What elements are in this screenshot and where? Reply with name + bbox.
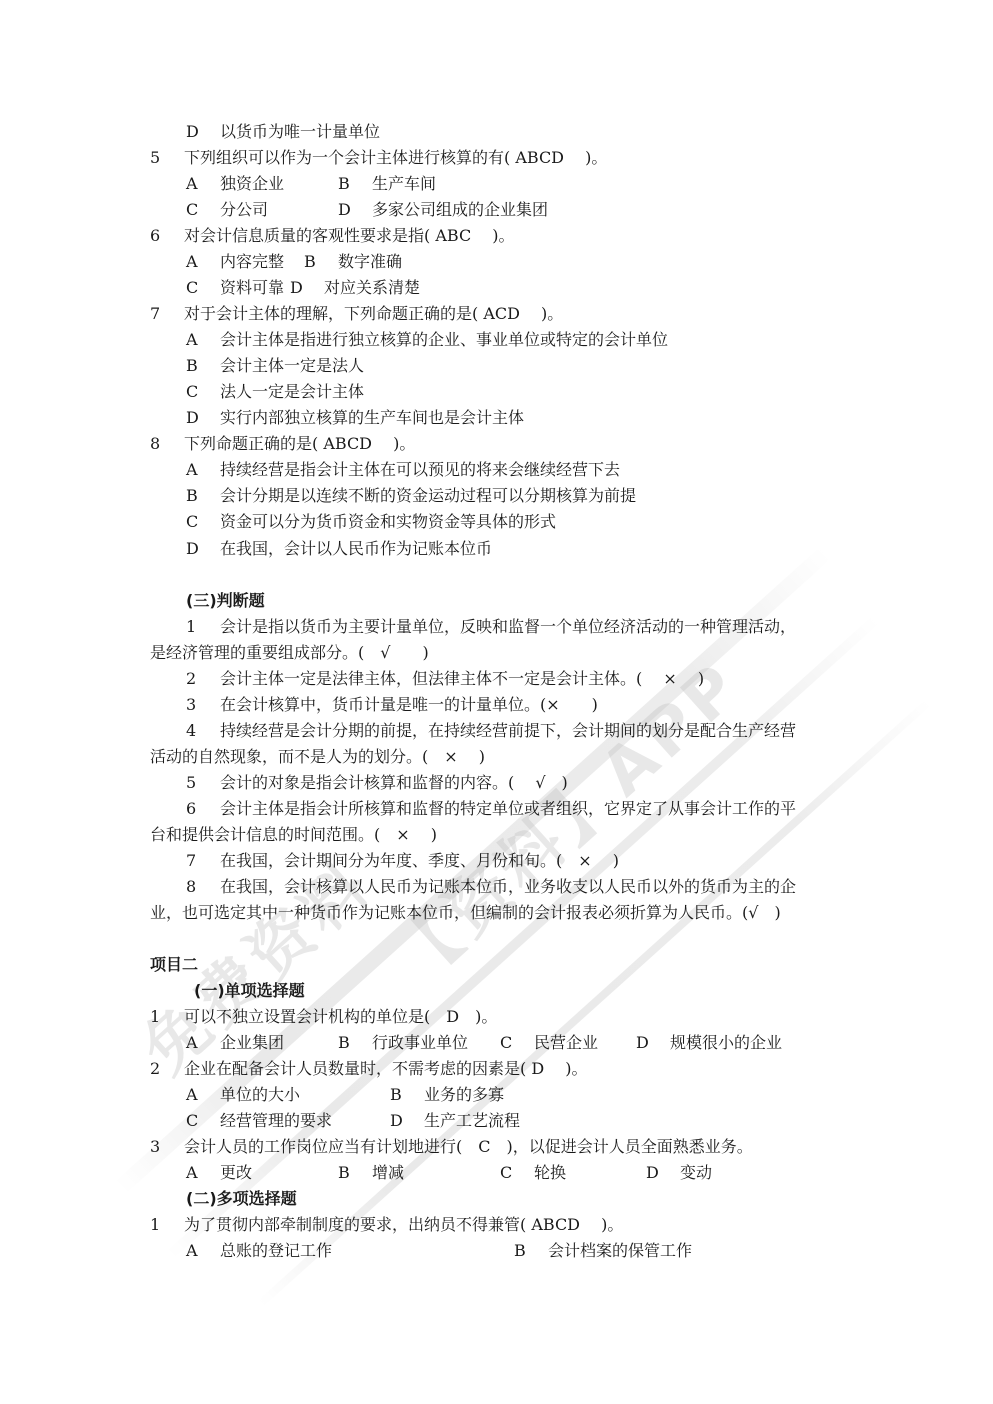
- option-text: 在我国，会计以人民币作为记账本位币: [220, 539, 492, 558]
- option-text: 增减: [372, 1163, 404, 1182]
- question-text: 下列组织可以作为一个会计主体进行核算的有( ABCD )。: [184, 148, 607, 167]
- option-text: 会计主体是指进行独立核算的企业、事业单位或特定的会计单位: [220, 330, 668, 349]
- option-letter: B: [186, 353, 220, 379]
- option-letter: C: [186, 197, 220, 223]
- item-number: 3: [186, 692, 220, 718]
- option-line: A会计主体是指进行独立核算的企业、事业单位或特定的会计单位: [186, 327, 668, 353]
- judgement-item-continuation: 活动的自然现象，而不是人为的划分。( × ): [150, 744, 485, 770]
- option-text: 资金可以分为货币资金和实物资金等具体的形式: [220, 512, 556, 531]
- options-row: C资料可靠 D对应关系清楚: [186, 275, 786, 301]
- option-text: 独资企业: [220, 174, 284, 193]
- option-letter: B: [186, 483, 220, 509]
- question-stem: 3会计人员的工作岗位应当有计划地进行( C )，以促进会计人员全面熟悉业务。: [150, 1134, 753, 1160]
- judgement-item: 6会计主体是指会计所核算和监督的特定单位或者组织，它界定了从事会计工作的平: [186, 796, 796, 822]
- question-stem: 5下列组织可以作为一个会计主体进行核算的有( ABCD )。: [150, 145, 607, 171]
- option-text: 经营管理的要求: [220, 1111, 332, 1130]
- judgement-item-continuation: 台和提供会计信息的时间范围。( × ): [150, 822, 437, 848]
- option-text: 业务的多寡: [424, 1085, 504, 1104]
- options-row: A更改 B增减 C轮换 D变动: [186, 1160, 826, 1186]
- option-line: C法人一定是会计主体: [186, 379, 364, 405]
- judgement-item: 1会计是指以货币为主要计量单位，反映和监督一个单位经济活动的一种管理活动，: [186, 614, 796, 640]
- judgement-item-continuation: 是经济管理的重要组成部分。( √ ): [150, 640, 429, 666]
- question-number: 6: [150, 223, 184, 249]
- option-text: 民营企业: [534, 1033, 598, 1052]
- option-letter: D: [186, 405, 220, 431]
- option-line: B会计主体一定是法人: [186, 353, 364, 379]
- question-number: 3: [150, 1134, 184, 1160]
- judgement-item: 2会计主体一定是法律主体，但法律主体不一定是会计主体。( × ): [186, 666, 704, 692]
- question-text: 对于会计主体的理解，下列命题正确的是( ACD )。: [184, 304, 563, 323]
- item-text: 在我国，会计期间分为年度、季度、月份和旬。( × ): [220, 851, 619, 870]
- item-text: 会计主体一定是法律主体，但法律主体不一定是会计主体。( × ): [220, 669, 704, 688]
- option-text: 单位的大小: [220, 1085, 300, 1104]
- judgement-item: 4持续经营是会计分期的前提，在持续经营前提下，会计期间的划分是配合生产经营: [186, 718, 796, 744]
- option-letter: A: [186, 457, 220, 483]
- option-text: 数字准确: [338, 252, 402, 271]
- option-letter: C: [186, 509, 220, 535]
- item-number: 2: [186, 666, 220, 692]
- question-text: 可以不独立设置会计机构的单位是( D )。: [184, 1007, 497, 1026]
- options-row: C经营管理的要求 D生产工艺流程: [186, 1108, 826, 1134]
- judgement-item: 7在我国，会计期间分为年度、季度、月份和旬。( × ): [186, 848, 619, 874]
- item-text: 在我国，会计核算以人民币为记账本位币，业务收支以人民币以外的货币为主的企: [220, 877, 796, 896]
- option-letter: A: [186, 1160, 220, 1186]
- option-letter: D: [290, 275, 324, 301]
- option-letter: D: [186, 119, 220, 145]
- option-letter: A: [186, 1238, 220, 1264]
- option-text: 持续经营是指会计主体在可以预见的将来会继续经营下去: [220, 460, 620, 479]
- judgement-item: 5会计的对象是指会计核算和监督的内容。( √ ): [186, 770, 568, 796]
- option-text: 企业集团: [220, 1033, 284, 1052]
- item-text: 在会计核算中，货币计量是唯一的计量单位。(× ): [220, 695, 598, 714]
- section-heading: (三)判断题: [186, 588, 265, 614]
- option-line: D实行内部独立核算的生产车间也是会计主体: [186, 405, 524, 431]
- item-text: 持续经营是会计分期的前提，在持续经营前提下，会计期间的划分是配合生产经营: [220, 721, 796, 740]
- section-heading: (一)单项选择题: [194, 978, 305, 1004]
- question-text: 企业在配备会计人员数量时，不需考虑的因素是( D )。: [184, 1059, 588, 1078]
- option-line: C资金可以分为货币资金和实物资金等具体的形式: [186, 509, 556, 535]
- question-number: 8: [150, 431, 184, 457]
- question-stem: 8下列命题正确的是( ABCD )。: [150, 431, 415, 457]
- options-row: C分公司 D多家公司组成的企业集团: [186, 197, 786, 223]
- option-text: 实行内部独立核算的生产车间也是会计主体: [220, 408, 524, 427]
- option-letter: B: [304, 249, 338, 275]
- item-text: 会计主体是指会计所核算和监督的特定单位或者组织，它界定了从事会计工作的平: [220, 799, 796, 818]
- project-title: 项目二: [150, 952, 198, 978]
- option-line: B会计分期是以连续不断的资金运动过程可以分期核算为前提: [186, 483, 636, 509]
- option-letter: C: [186, 275, 220, 301]
- options-row: A企业集团 B行政事业单位 C民营企业 D规模很小的企业: [186, 1030, 826, 1056]
- option-text: 更改: [220, 1163, 252, 1182]
- option-letter: D: [338, 197, 372, 223]
- option-text: 内容完整: [220, 252, 284, 271]
- item-number: 4: [186, 718, 220, 744]
- option-letter: B: [338, 1030, 372, 1056]
- option-letter: D: [636, 1030, 670, 1056]
- item-number: 7: [186, 848, 220, 874]
- question-number: 2: [150, 1056, 184, 1082]
- item-number: 5: [186, 770, 220, 796]
- question-stem: 7对于会计主体的理解，下列命题正确的是( ACD )。: [150, 301, 563, 327]
- option-text: 生产工艺流程: [424, 1111, 520, 1130]
- option-text: 变动: [680, 1163, 712, 1182]
- option-text: 会计档案的保管工作: [548, 1241, 692, 1260]
- option-letter: A: [186, 171, 220, 197]
- option-line: D在我国，会计以人民币作为记账本位币: [186, 536, 492, 562]
- question-text: 为了贯彻内部牵制制度的要求，出纳员不得兼管( ABCD )。: [184, 1215, 623, 1234]
- option-letter: C: [500, 1160, 534, 1186]
- option-line: D以货币为唯一计量单位: [186, 119, 380, 145]
- question-text: 对会计信息质量的客观性要求是指( ABC )。: [184, 226, 515, 245]
- option-letter: A: [186, 327, 220, 353]
- option-text: 以货币为唯一计量单位: [220, 122, 380, 141]
- option-text: 规模很小的企业: [670, 1033, 782, 1052]
- question-number: 1: [150, 1212, 184, 1238]
- judgement-item: 3在会计核算中，货币计量是唯一的计量单位。(× ): [186, 692, 598, 718]
- options-row: A独资企业 B生产车间: [186, 171, 786, 197]
- item-number: 6: [186, 796, 220, 822]
- question-stem: 1可以不独立设置会计机构的单位是( D )。: [150, 1004, 497, 1030]
- question-number: 7: [150, 301, 184, 327]
- option-line: A持续经营是指会计主体在可以预见的将来会继续经营下去: [186, 457, 620, 483]
- question-number: 5: [150, 145, 184, 171]
- option-letter: B: [514, 1238, 548, 1264]
- section-heading: (二)多项选择题: [186, 1186, 297, 1212]
- question-stem: 1为了贯彻内部牵制制度的要求，出纳员不得兼管( ABCD )。: [150, 1212, 623, 1238]
- document-page: 免费资料 【资料】APP D以货币为唯一计量单位 5下列组织可以作为一个会计主体…: [0, 0, 993, 1404]
- option-text: 生产车间: [372, 174, 436, 193]
- item-number: 1: [186, 614, 220, 640]
- option-letter: A: [186, 1030, 220, 1056]
- option-text: 对应关系清楚: [324, 278, 420, 297]
- option-text: 总账的登记工作: [220, 1241, 332, 1260]
- option-text: 会计主体一定是法人: [220, 356, 364, 375]
- item-text: 会计是指以货币为主要计量单位，反映和监督一个单位经济活动的一种管理活动，: [220, 617, 796, 636]
- judgement-item-continuation: 业，也可选定其中一种货币作为记账本位币，但编制的会计报表必须折算为人民币。(√ …: [150, 900, 781, 926]
- option-letter: D: [390, 1108, 424, 1134]
- option-text: 多家公司组成的企业集团: [372, 200, 548, 219]
- option-text: 轮换: [534, 1163, 566, 1182]
- options-row: A总账的登记工作 B会计档案的保管工作: [186, 1238, 826, 1264]
- option-letter: D: [646, 1160, 680, 1186]
- option-text: 资料可靠: [220, 278, 284, 297]
- question-stem: 6对会计信息质量的客观性要求是指( ABC )。: [150, 223, 515, 249]
- option-letter: B: [338, 1160, 372, 1186]
- option-letter: C: [500, 1030, 534, 1056]
- question-stem: 2企业在配备会计人员数量时，不需考虑的因素是( D )。: [150, 1056, 588, 1082]
- option-letter: B: [390, 1082, 424, 1108]
- option-text: 行政事业单位: [372, 1033, 468, 1052]
- options-row: A内容完整 B数字准确: [186, 249, 786, 275]
- option-letter: A: [186, 1082, 220, 1108]
- option-letter: D: [186, 536, 220, 562]
- option-letter: B: [338, 171, 372, 197]
- option-text: 会计分期是以连续不断的资金运动过程可以分期核算为前提: [220, 486, 636, 505]
- options-row: A单位的大小 B业务的多寡: [186, 1082, 826, 1108]
- question-text: 会计人员的工作岗位应当有计划地进行( C )，以促进会计人员全面熟悉业务。: [184, 1137, 753, 1156]
- question-number: 1: [150, 1004, 184, 1030]
- option-letter: C: [186, 1108, 220, 1134]
- option-letter: C: [186, 379, 220, 405]
- option-letter: A: [186, 249, 220, 275]
- option-text: 分公司: [220, 200, 268, 219]
- item-number: 8: [186, 874, 220, 900]
- item-text: 会计的对象是指会计核算和监督的内容。( √ ): [220, 773, 568, 792]
- judgement-item: 8在我国，会计核算以人民币为记账本位币，业务收支以人民币以外的货币为主的企: [186, 874, 796, 900]
- question-text: 下列命题正确的是( ABCD )。: [184, 434, 415, 453]
- option-text: 法人一定是会计主体: [220, 382, 364, 401]
